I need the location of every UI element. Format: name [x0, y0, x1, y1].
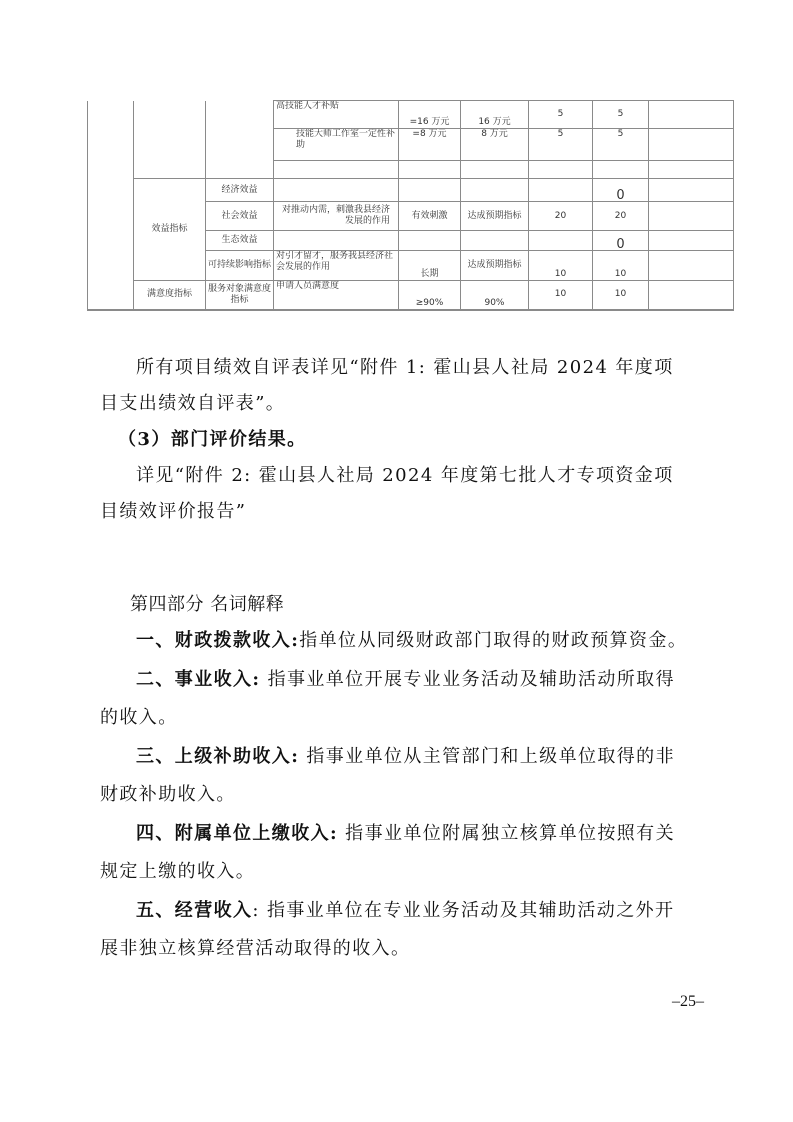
section3-heading: （3）部门评价结果。	[118, 422, 718, 458]
term-text-continued: 的收入。	[100, 700, 700, 736]
indicator-l3-cell: 对推动内需，刺激我县经济发展的作用	[274, 202, 399, 231]
target-cell: =8 万元	[399, 129, 461, 161]
indicator-l3-cell: 对引才留才，服务我县经济社会发展的作用	[274, 251, 399, 281]
term-definition: 五、经营收入: 指事业单位在专业业务活动及其辅助活动之外开	[100, 893, 736, 929]
term-text: 指事业单位开展专业业务活动及辅助活动所取得	[260, 669, 675, 690]
note-cell	[649, 129, 734, 161]
term-text: 指单位从同级财政部门取得的财政预算资金。	[299, 630, 687, 651]
part4-heading: 第四部分 名词解释	[130, 587, 730, 623]
term-label: 二、事业收入:	[136, 669, 260, 690]
indicator-l3-cell	[274, 179, 399, 202]
indicator-l3-cell: 申请人员满意度	[274, 281, 399, 310]
attachment1-paragraph-line2: 目支出绩效自评表”。	[100, 386, 700, 422]
term-definition: 三、上级补助收入: 指事业单位从主管部门和上级单位取得的非	[100, 739, 736, 775]
target-cell	[399, 161, 461, 179]
benefit-group-label: 效益指标	[134, 179, 206, 281]
indicator-l2-cell: 服务对象满意度指标	[206, 281, 274, 310]
indicator-l2-cell: 可持续影响指标	[206, 251, 274, 281]
attachment2-paragraph-line2: 目绩效评价报告”	[100, 494, 700, 530]
weight-cell: 10	[529, 251, 593, 281]
indicator-l3-cell: 高技能人才补贴	[274, 101, 399, 129]
indicator-l3-cell	[274, 231, 399, 251]
score-cell	[593, 161, 649, 179]
term-text: 指事业单位附属独立核算单位按照有关	[338, 823, 675, 844]
score-cell: 10	[593, 281, 649, 310]
target-cell: 长期	[399, 251, 461, 281]
term-definition: 四、附属单位上缴收入: 指事业单位附属独立核算单位按照有关	[100, 816, 736, 852]
page-number: –25–	[672, 993, 704, 1011]
weight-cell	[529, 179, 593, 202]
actual-cell	[461, 179, 529, 202]
target-cell: =16 万元	[399, 101, 461, 129]
note-cell	[649, 161, 734, 179]
table-row: 高技能人才补贴 =16 万元 16 万元 5 5	[88, 101, 734, 129]
indicator-l2-cell: 社会效益	[206, 202, 274, 231]
score-cell: 0	[593, 231, 649, 251]
document-page: 高技能人才补贴 =16 万元 16 万元 5 5 技能大师工作室一定性补助 =8…	[0, 0, 793, 1122]
term-definition: 二、事业收入: 指事业单位开展专业业务活动及辅助活动所取得	[100, 662, 736, 698]
term-label: 五、经营收入	[136, 900, 252, 921]
actual-cell: 90%	[461, 281, 529, 310]
indicator-l2-cell: 经济效益	[206, 179, 274, 202]
score-cell: 5	[593, 129, 649, 161]
score-cell: 5	[593, 101, 649, 129]
target-cell: ≥90%	[399, 281, 461, 310]
term-text-continued: 展非独立核算经营活动取得的收入。	[100, 931, 700, 967]
actual-cell: 达成预期指标	[461, 251, 529, 281]
weight-cell: 10	[529, 281, 593, 310]
term-text-continued: 规定上缴的收入。	[100, 854, 700, 890]
weight-cell: 20	[529, 202, 593, 231]
score-cell: 0	[593, 179, 649, 202]
weight-cell: 5	[529, 101, 593, 129]
score-cell: 10	[593, 251, 649, 281]
table-row: 效益指标 经济效益 0	[88, 179, 734, 202]
actual-cell: 达成预期指标	[461, 202, 529, 231]
indicator-l2-cell: 生态效益	[206, 231, 274, 251]
target-cell	[399, 179, 461, 202]
note-cell	[649, 202, 734, 231]
actual-cell	[461, 231, 529, 251]
target-cell	[399, 231, 461, 251]
weight-cell	[529, 161, 593, 179]
attachment2-paragraph-line1: 详见“附件 2: 霍山县人社局 2024 年度第七批人才专项资金项	[100, 458, 736, 494]
performance-table: 高技能人才补贴 =16 万元 16 万元 5 5 技能大师工作室一定性补助 =8…	[87, 100, 734, 311]
indicator-l3-cell	[274, 161, 399, 179]
actual-cell	[461, 161, 529, 179]
target-cell: 有效刺激	[399, 202, 461, 231]
term-text: 指事业单位从主管部门和上级单位取得的非	[299, 746, 675, 767]
term-label: 四、附属单位上缴收入:	[136, 823, 338, 844]
term-label: 一、财政拨款收入:	[136, 630, 299, 651]
table-cell-level1b	[134, 101, 206, 179]
actual-cell: 8 万元	[461, 129, 529, 161]
table-cell-level1	[88, 101, 134, 310]
actual-cell: 16 万元	[461, 101, 529, 129]
term-text-continued: 财政补助收入。	[100, 777, 700, 813]
note-cell	[649, 231, 734, 251]
term-text: : 指事业单位在专业业务活动及其辅助活动之外开	[252, 900, 674, 921]
attachment1-paragraph-line1: 所有项目绩效自评表详见“附件 1: 霍山县人社局 2024 年度项	[100, 350, 736, 386]
weight-cell	[529, 231, 593, 251]
note-cell	[649, 281, 734, 310]
indicator-l3-cell: 技能大师工作室一定性补助	[274, 129, 399, 161]
satisfaction-group-label: 满意度指标	[134, 281, 206, 310]
note-cell	[649, 251, 734, 281]
weight-cell: 5	[529, 129, 593, 161]
table-cell-level2	[206, 101, 274, 179]
term-definition: 一、财政拨款收入:指单位从同级财政部门取得的财政预算资金。	[100, 623, 736, 659]
note-cell	[649, 179, 734, 202]
note-cell	[649, 101, 734, 129]
table-row: 满意度指标 服务对象满意度指标 申请人员满意度 ≥90% 90% 10 10	[88, 281, 734, 310]
score-cell: 20	[593, 202, 649, 231]
term-label: 三、上级补助收入:	[136, 746, 299, 767]
